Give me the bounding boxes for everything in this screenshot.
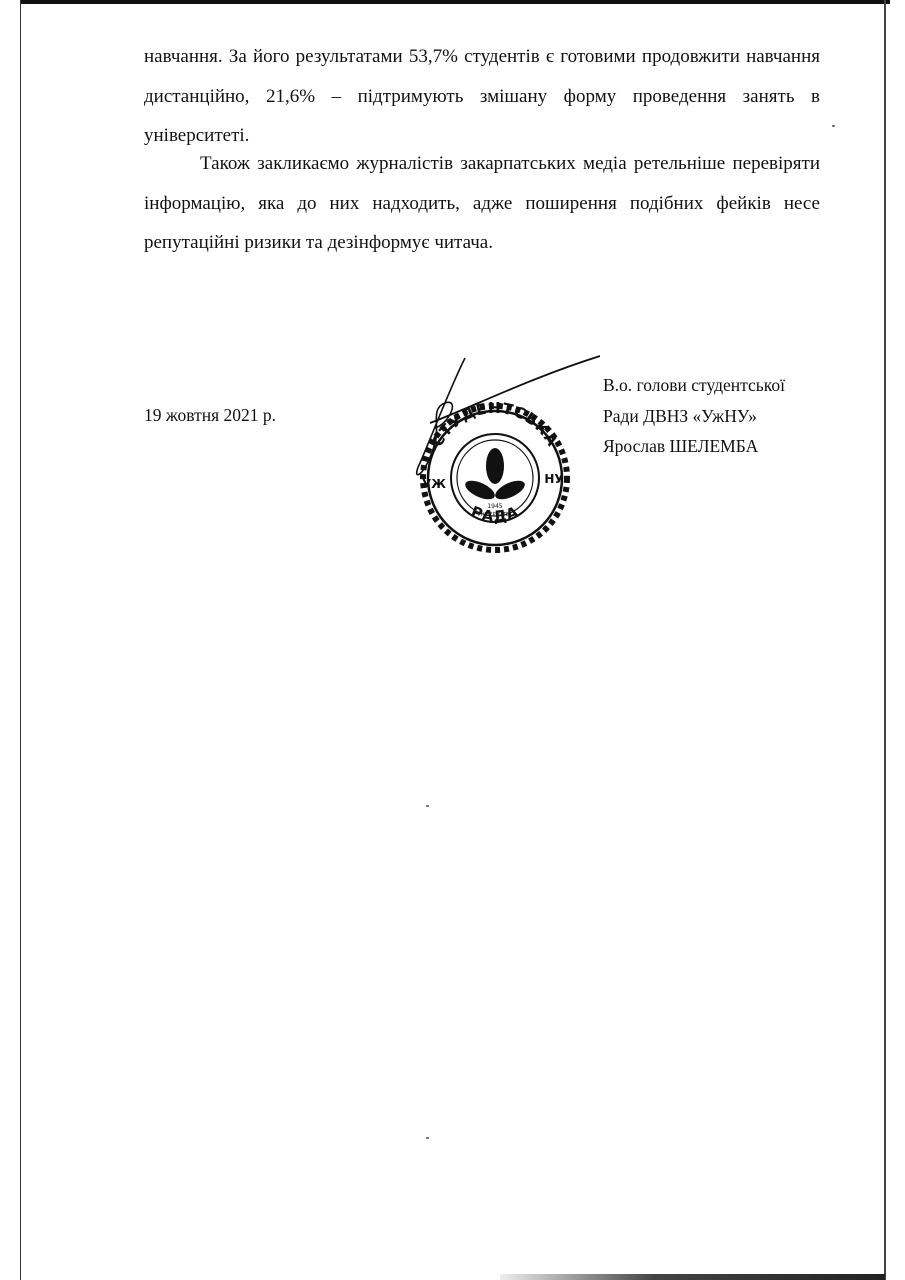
svg-text:1945: 1945	[487, 503, 502, 510]
svg-text:УЖ: УЖ	[422, 477, 446, 491]
scan-bottom-edge	[500, 1274, 885, 1280]
scan-speck	[426, 805, 429, 807]
signer-block: В.о. голови студентської Ради ДВНЗ «УжНУ…	[603, 370, 785, 462]
signer-title-line-2: Ради ДВНЗ «УжНУ»	[603, 401, 785, 432]
official-stamp: СТУДЕНТСЬКА РАДА УЖ НУ 1945 УНІВЕРСИТЕТ	[390, 348, 600, 568]
scan-top-edge	[20, 0, 890, 4]
scan-left-edge	[20, 0, 21, 1280]
signer-title-line-1: В.о. голови студентської	[603, 370, 785, 401]
svg-text:НУ: НУ	[544, 472, 563, 486]
scan-right-edge	[884, 0, 886, 1280]
body-paragraph-2: Також закликаємо журналістів закарпатськ…	[144, 144, 820, 263]
body-paragraph-1: навчання. За його результатами 53,7% сту…	[144, 37, 820, 156]
svg-text:УНІВЕРСИТЕТ: УНІВЕРСИТЕТ	[478, 512, 513, 518]
stamp-seal-icon: СТУДЕНТСЬКА РАДА УЖ НУ 1945 УНІВЕРСИТЕТ	[390, 348, 600, 568]
scan-speck	[426, 1137, 429, 1139]
document-date: 19 жовтня 2021 р.	[144, 405, 276, 426]
scan-speck	[832, 125, 835, 127]
signer-name: Ярослав ШЕЛЕМБА	[603, 431, 785, 462]
svg-text:СТУДЕНТСЬКА: СТУДЕНТСЬКА	[428, 399, 562, 450]
